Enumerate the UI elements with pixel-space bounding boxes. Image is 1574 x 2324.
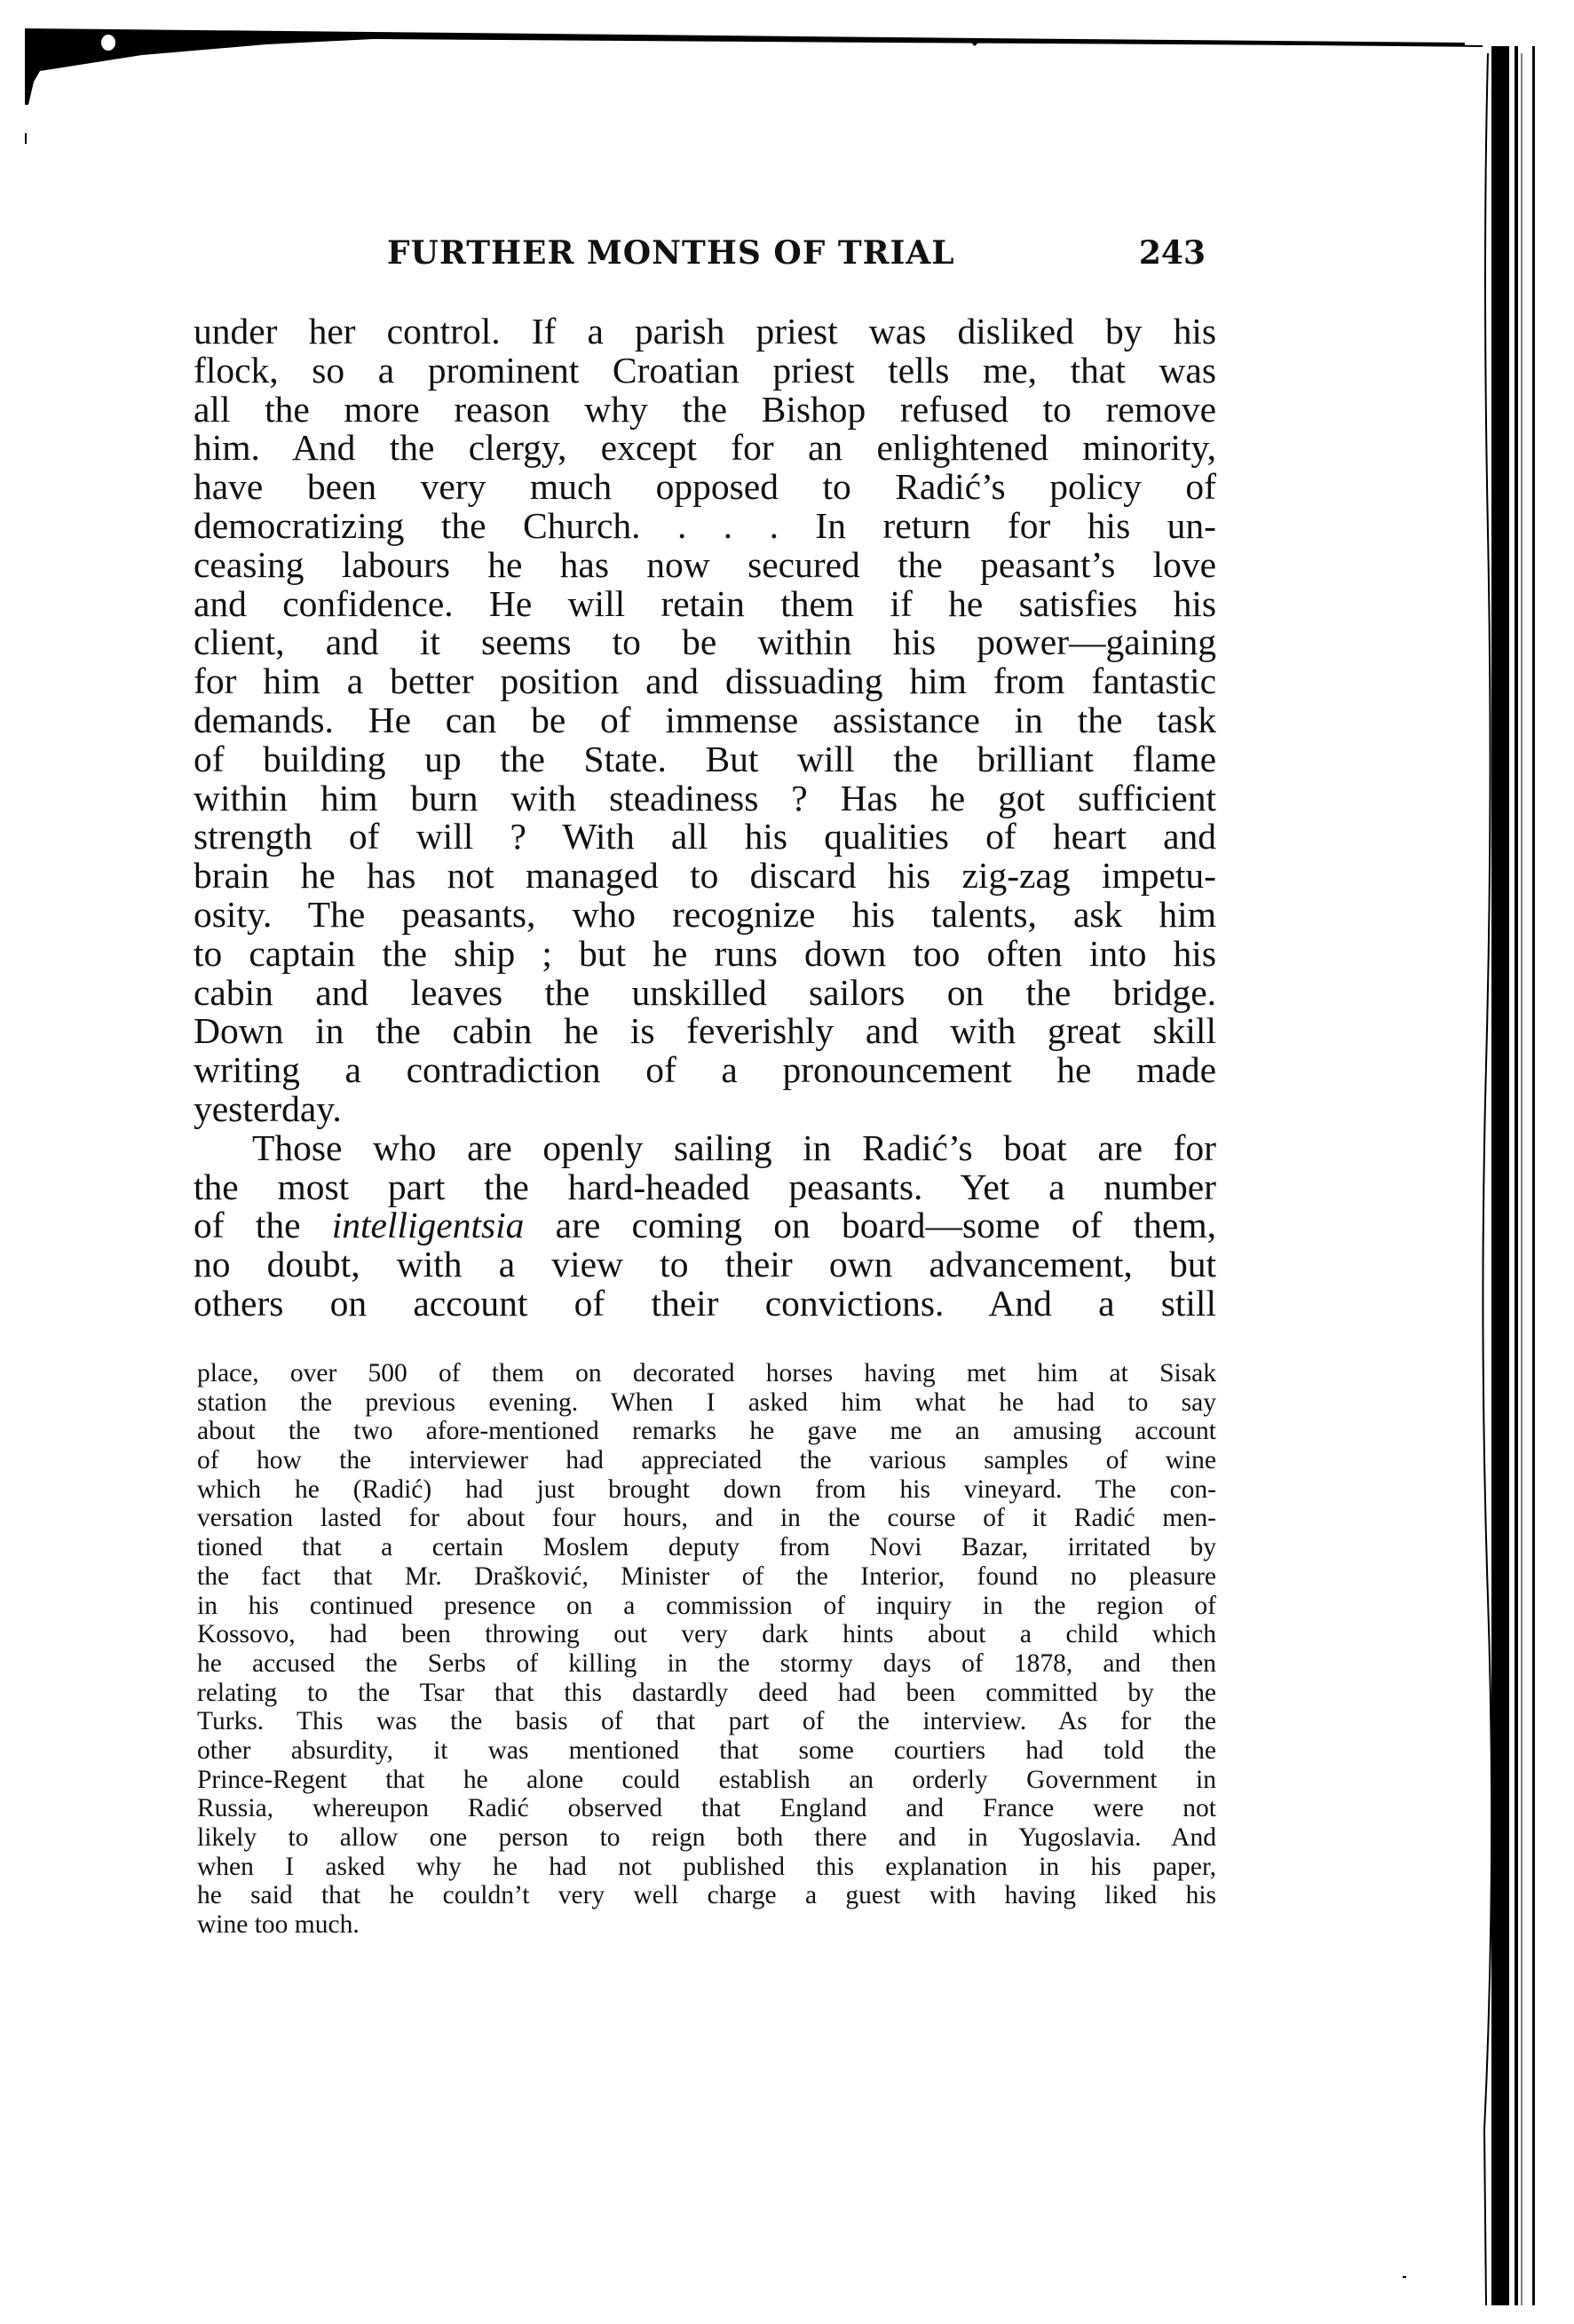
footnote-line: Turks. This was the basis of that part o… <box>197 1707 1216 1736</box>
footnote-line: he accused the Serbs of killing in the s… <box>197 1649 1216 1679</box>
footnote-line: Russia, whereupon Radić observed that En… <box>197 1794 1216 1823</box>
footnote-line: about the two afore-mentioned remarks he… <box>197 1417 1216 1446</box>
text-line: osity. The peasants, who recognize his t… <box>194 896 1216 935</box>
text-segment: of the <box>194 1205 332 1245</box>
footnote-line: the fact that Mr. Drašković, Minister of… <box>197 1562 1216 1592</box>
footnote-line: relating to the Tsar that this dastardly… <box>197 1679 1216 1708</box>
footnote-line: Kossovo, had been throwing out very dark… <box>197 1620 1216 1649</box>
text-line: ceasing labours he has now secured the p… <box>194 546 1216 585</box>
book-page: FURTHER MONTHS OF TRIAL 243 under her co… <box>0 0 1574 2324</box>
text-line: Down in the cabin he is feverishly and w… <box>194 1012 1216 1051</box>
footnote-line: other absurdity, it was mentioned that s… <box>197 1736 1216 1766</box>
text-line: under her control. If a parish priest wa… <box>194 312 1216 352</box>
footnote-line: wine too much. <box>197 1910 1216 1940</box>
text-segment: are coming on board—some of them, <box>524 1205 1216 1245</box>
text-line: others on account of their convictions. … <box>194 1285 1216 1324</box>
text-line: have been very much opposed to Radić’s p… <box>194 468 1216 507</box>
chapter-title: FURTHER MONTHS OF TRIAL <box>387 234 955 272</box>
text-line: of building up the State. But will the b… <box>194 740 1216 779</box>
paragraph-start-line: Those who are openly sailing in Radić’s … <box>194 1129 1216 1168</box>
body-text: under her control. If a parish priest wa… <box>194 312 1216 1324</box>
footnote-line: when I asked why he had not published th… <box>197 1853 1216 1882</box>
paragraph-end-line: yesterday. <box>194 1090 1216 1129</box>
text-line: him. And the clergy, except for an enlig… <box>194 429 1216 468</box>
text-line: client, and it seems to be within his po… <box>194 623 1216 662</box>
text-line: democratizing the Church. . . . In retur… <box>194 507 1216 546</box>
text-line: within him burn with steadiness ? Has he… <box>194 779 1216 818</box>
running-head: FURTHER MONTHS OF TRIAL 243 <box>387 234 1207 273</box>
text-line: demands. He can be of immense assistance… <box>194 701 1216 740</box>
footnote-line: station the previous evening. When I ask… <box>197 1388 1216 1418</box>
text-line: cabin and leaves the unskilled sailors o… <box>194 974 1216 1013</box>
footnote: place, over 500 of them on decorated hor… <box>197 1359 1216 1940</box>
text-line: and confidence. He will retain them if h… <box>194 585 1216 624</box>
text-line: no doubt, with a view to their own advan… <box>194 1245 1216 1285</box>
text-line: flock, so a prominent Croatian priest te… <box>194 352 1216 391</box>
footnote-line: likely to allow one person to reign both… <box>197 1823 1216 1853</box>
footnote-line: which he (Radić) had just brought down f… <box>197 1475 1216 1505</box>
footnote-line: Prince-Regent that he alone could establ… <box>197 1766 1216 1795</box>
text-line: brain he has not managed to discard his … <box>194 857 1216 896</box>
footnote-line: versation lasted for about four hours, a… <box>197 1504 1216 1533</box>
page-number: 243 <box>1139 234 1206 272</box>
footnote-line: he said that he couldn’t very well charg… <box>197 1881 1216 1910</box>
text-line: for him a better position and dissuading… <box>194 662 1216 701</box>
footnote-line: tioned that a certain Moslem deputy from… <box>197 1533 1216 1562</box>
text-line: of the intelligentsia are coming on boar… <box>194 1206 1216 1245</box>
text-line: the most part the hard-headed peasants. … <box>194 1168 1216 1207</box>
text-line: to captain the ship ; but he runs down t… <box>194 935 1216 974</box>
footnote-line: place, over 500 of them on decorated hor… <box>197 1359 1216 1388</box>
footnote-line: in his continued presence on a commissio… <box>197 1592 1216 1621</box>
footnote-line: of how the interviewer had appreciated t… <box>197 1446 1216 1475</box>
text-line: all the more reason why the Bishop refus… <box>194 391 1216 430</box>
text-line: writing a contradiction of a pronounceme… <box>194 1051 1216 1090</box>
text-line: strength of will ? With all his qualitie… <box>194 818 1216 857</box>
italic-term: intelligentsia <box>332 1205 525 1245</box>
